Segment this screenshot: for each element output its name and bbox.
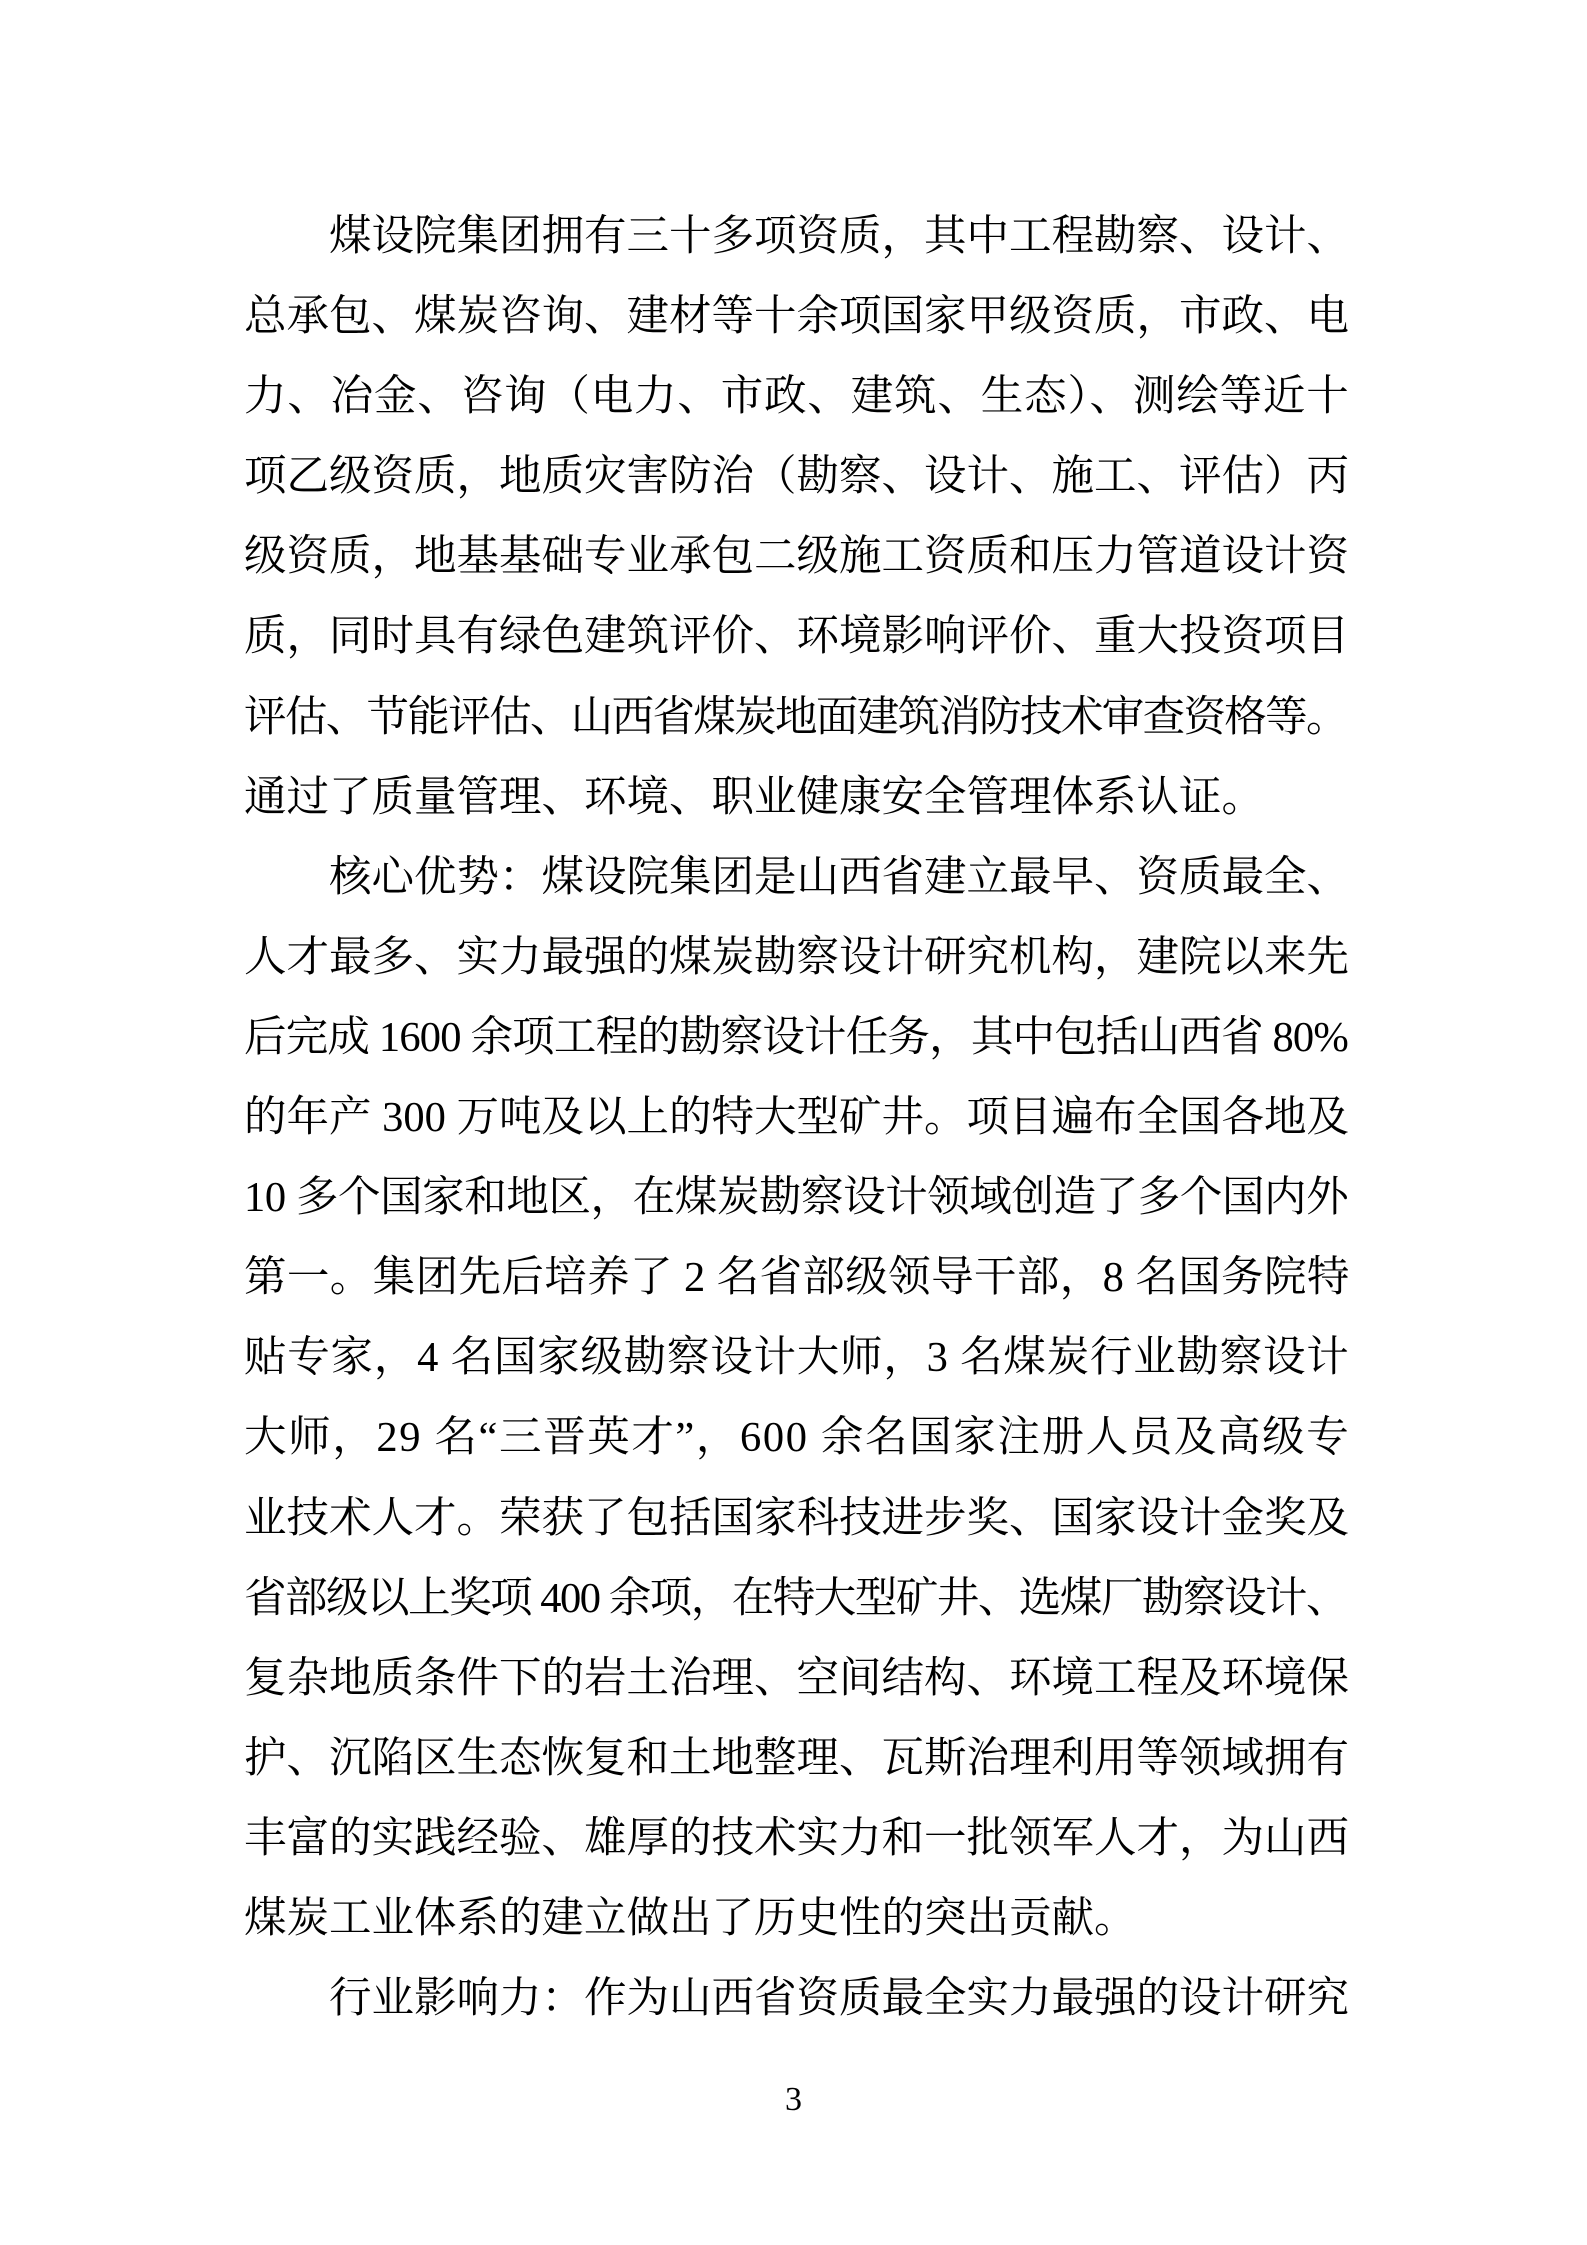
- text-line: 护、沉陷区生态恢复和土地整理、瓦斯治理利用等领域拥有: [244, 1719, 1349, 1799]
- text-line: 级资质，地基基础专业承包二级施工资质和压力管道设计资: [244, 517, 1349, 597]
- text-line-content: 人才最多、实力最强的煤炭勘察设计研究机构，建院以来先: [244, 918, 1349, 998]
- text-line-content: 护、沉陷区生态恢复和土地整理、瓦斯治理利用等领域拥有: [244, 1719, 1349, 1799]
- text-line-content: 级资质，地基基础专业承包二级施工资质和压力管道设计资: [244, 517, 1349, 597]
- text-line: 核心优势：煤设院集团是山西省建立最早、资质最全、: [244, 838, 1349, 918]
- text-line: 行业影响力：作为山西省资质最全实力最强的设计研究: [244, 1959, 1349, 2039]
- text-line-content: 丰富的实践经验、雄厚的技术实力和一批领军人才，为山西: [244, 1799, 1349, 1879]
- text-line-content: 复杂地质条件下的岩土治理、空间结构、环境工程及环境保: [244, 1639, 1349, 1719]
- document-page: 煤设院集团拥有三十多项资质，其中工程勘察、设计、总承包、煤炭咨询、建材等十余项国…: [0, 0, 1587, 2245]
- text-line-content: 第一。集团先后培养了 2 名省部级领导干部，8 名国务院特: [244, 1238, 1350, 1318]
- text-line-content: 项乙级资质，地质灾害防治（勘察、设计、施工、评估）丙: [244, 437, 1349, 517]
- text-line: 复杂地质条件下的岩土治理、空间结构、环境工程及环境保: [244, 1639, 1349, 1719]
- text-line: 业技术人才。荣获了包括国家科技进步奖、国家设计金奖及: [244, 1479, 1349, 1559]
- text-line-content: 业技术人才。荣获了包括国家科技进步奖、国家设计金奖及: [244, 1479, 1349, 1559]
- text-line: 力、冶金、咨询（电力、市政、建筑、生态）、测绘等近十: [244, 357, 1349, 437]
- text-line: 评估、节能评估、山西省煤炭地面建筑消防技术审查资格等。: [244, 678, 1349, 758]
- text-line: 后完成 1600 余项工程的勘察设计任务，其中包括山西省 80%: [244, 998, 1349, 1078]
- text-line: 项乙级资质，地质灾害防治（勘察、设计、施工、评估）丙: [244, 437, 1349, 517]
- text-line: 煤设院集团拥有三十多项资质，其中工程勘察、设计、: [244, 197, 1349, 277]
- text-line-content: 力、冶金、咨询（电力、市政、建筑、生态）、测绘等近十: [244, 357, 1350, 437]
- text-line-content: 后完成 1600 余项工程的勘察设计任务，其中包括山西省 80%: [244, 998, 1348, 1078]
- text-line: 10 多个国家和地区，在煤炭勘察设计领域创造了多个国内外: [244, 1158, 1349, 1238]
- text-line-content: 煤炭工业体系的建立做出了历史性的突出贡献。: [244, 1879, 1137, 1959]
- text-line-content: 贴专家，4 名国家级勘察设计大师，3 名煤炭行业勘察设计: [244, 1318, 1350, 1398]
- text-line-content: 评估、节能评估、山西省煤炭地面建筑消防技术审查资格等。: [244, 678, 1347, 758]
- text-line: 省部级以上奖项 400 余项，在特大型矿井、选煤厂勘察设计、: [244, 1559, 1349, 1639]
- text-line: 第一。集团先后培养了 2 名省部级领导干部，8 名国务院特: [244, 1238, 1349, 1318]
- text-line-content: 10 多个国家和地区，在煤炭勘察设计领域创造了多个国内外: [244, 1158, 1348, 1238]
- text-line: 总承包、煤炭咨询、建材等十余项国家甲级资质，市政、电: [244, 277, 1349, 357]
- text-line-content: 省部级以上奖项 400 余项，在特大型矿井、选煤厂勘察设计、: [244, 1559, 1347, 1639]
- text-line: 通过了质量管理、环境、职业健康安全管理体系认证。: [244, 758, 1349, 838]
- text-line-content: 核心优势：煤设院集团是山西省建立最早、资质最全、: [329, 838, 1349, 918]
- text-line: 质，同时具有绿色建筑评价、环境影响评价、重大投资项目: [244, 597, 1349, 677]
- text-line-content: 大师，29 名“三晋英才”，600 余名国家注册人员及高级专: [244, 1398, 1350, 1478]
- page-body: 煤设院集团拥有三十多项资质，其中工程勘察、设计、总承包、煤炭咨询、建材等十余项国…: [244, 197, 1349, 2039]
- text-line: 煤炭工业体系的建立做出了历史性的突出贡献。: [244, 1879, 1349, 1959]
- text-line-content: 的年产 300 万吨及以上的特大型矿井。项目遍布全国各地及: [244, 1078, 1349, 1158]
- text-line: 贴专家，4 名国家级勘察设计大师，3 名煤炭行业勘察设计: [244, 1318, 1349, 1398]
- text-line-content: 总承包、煤炭咨询、建材等十余项国家甲级资质，市政、电: [244, 277, 1349, 357]
- text-line: 的年产 300 万吨及以上的特大型矿井。项目遍布全国各地及: [244, 1078, 1349, 1158]
- text-line-content: 煤设院集团拥有三十多项资质，其中工程勘察、设计、: [329, 197, 1349, 277]
- text-line-content: 行业影响力：作为山西省资质最全实力最强的设计研究: [329, 1959, 1349, 2039]
- text-line-content: 通过了质量管理、环境、职业健康安全管理体系认证。: [244, 758, 1264, 838]
- text-line-content: 质，同时具有绿色建筑评价、环境影响评价、重大投资项目: [244, 597, 1349, 677]
- text-line: 人才最多、实力最强的煤炭勘察设计研究机构，建院以来先: [244, 918, 1349, 998]
- text-line: 大师，29 名“三晋英才”，600 余名国家注册人员及高级专: [244, 1398, 1349, 1478]
- text-line: 丰富的实践经验、雄厚的技术实力和一批领军人才，为山西: [244, 1799, 1349, 1879]
- page-number: 3: [0, 2082, 1587, 2118]
